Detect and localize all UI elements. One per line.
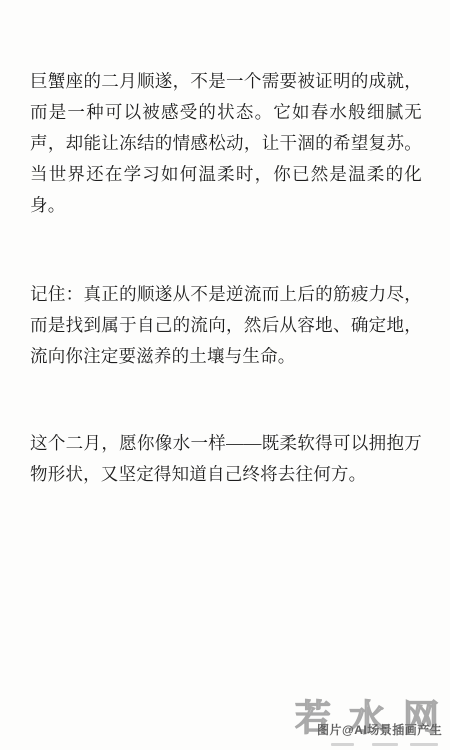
article-text: 巨蟹座的二月顺遂，不是一个需要被证明的成就， 而是一种可以被感受的状态。它如春水… <box>30 66 422 490</box>
paragraph: 巨蟹座的二月顺遂，不是一个需要被证明的成就， 而是一种可以被感受的状态。它如春水… <box>30 66 422 221</box>
text-line: 声，却能让冻结的情感松动，让干涸的希望复苏。 <box>30 128 422 159</box>
text-line: 巨蟹座的二月顺遂，不是一个需要被证明的成就， <box>30 66 422 97</box>
text-line: 当世界还在学习如何温柔时，你已然是温柔的化 <box>30 159 422 190</box>
paragraph: 记住：真正的顺遂从不是逆流而上后的筋疲力尽， 而是找到属于自己的流向，然后从容地… <box>30 279 422 372</box>
text-line: 流向你注定要滋养的土壤与生命。 <box>30 341 422 372</box>
text-card-page: 巨蟹座的二月顺遂，不是一个需要被证明的成就， 而是一种可以被感受的状态。它如春水… <box>0 0 450 750</box>
text-line: 而是一种可以被感受的状态。它如春水般细腻无 <box>30 97 422 128</box>
text-line: 物形状，又坚定得知道自己终将去往何方。 <box>30 459 422 490</box>
micro-text-mark <box>331 743 354 746</box>
text-line: 记住：真正的顺遂从不是逆流而上后的筋疲力尽， <box>30 279 422 310</box>
paragraph: 这个二月，愿你像水一样——既柔软得可以拥抱万 物形状，又坚定得知道自己终将去往何… <box>30 428 422 490</box>
text-line: 而是找到属于自己的流向，然后从容地、确定地， <box>30 310 422 341</box>
text-line: 这个二月，愿你像水一样——既柔软得可以拥抱万 <box>30 428 422 459</box>
micro-text-mark <box>410 743 438 746</box>
micro-text-mark <box>372 743 398 746</box>
text-line: 身。 <box>30 190 422 221</box>
watermark-credit-line: 图片@AI场景插画产生 <box>317 721 442 738</box>
